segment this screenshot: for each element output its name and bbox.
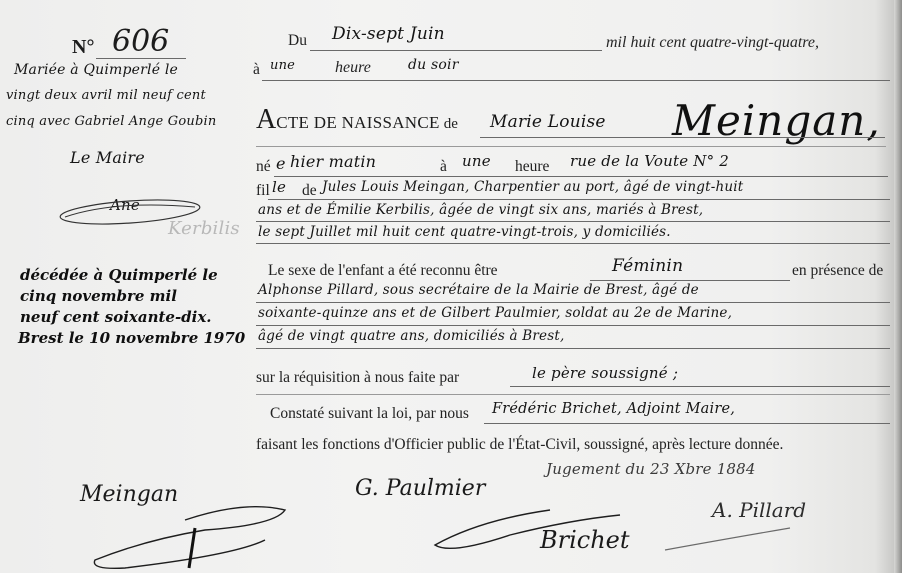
title-rule	[256, 146, 886, 147]
given-names: Marie Louise	[490, 112, 606, 132]
acte-title: ACTE DE NAISSANCE de	[256, 104, 458, 136]
de-label: de	[444, 116, 458, 132]
requisition-rule-2	[256, 394, 890, 395]
death-note-line: Brest le 10 novembre 1970	[18, 329, 245, 347]
constate-line	[484, 423, 890, 424]
nee-label: né	[256, 158, 271, 176]
heure-label-2: heure	[515, 158, 549, 176]
parents-rule-1	[268, 199, 890, 200]
requisition-value: le père soussigné ;	[532, 364, 678, 382]
jugement-note: Jugement du 23 Xbre 1884	[546, 460, 756, 478]
page-edge	[894, 0, 902, 573]
witness-line-1: Alphonse Pillard, sous secrétaire de la …	[258, 282, 699, 298]
a-label: à	[253, 61, 260, 79]
witness-rule-1	[256, 302, 890, 303]
witness-rule-3	[256, 348, 890, 349]
marriage-note-line: Mariée à Quimperlé le	[14, 62, 178, 78]
parents-rule-3	[256, 243, 890, 244]
constate-label: Constaté suivant la loi, par nous	[270, 405, 469, 423]
year-printed: mil huit cent quatre-vingt-quatre,	[606, 34, 819, 52]
witness-line-3: âgé de vingt quatre ans, domiciliés à Br…	[258, 328, 564, 344]
sex-value: Féminin	[612, 256, 683, 276]
presence-label: en présence de	[792, 262, 883, 280]
signature-officer: Brichet	[540, 526, 630, 554]
marriage-note-mayor: Le Maire	[70, 148, 145, 167]
pillard-signature-flourish	[660, 520, 800, 560]
fil-label: fil	[256, 182, 270, 200]
hour-handwritten: une	[270, 58, 295, 73]
parents-line-2: ans et de Émilie Kerbilis, âgée de vingt…	[258, 202, 703, 218]
name-line	[480, 137, 885, 138]
birth-time: hier matin	[290, 152, 376, 171]
death-note-line: cinq novembre mil	[20, 287, 177, 305]
death-note-line: décédée à Quimperlé le	[20, 266, 218, 284]
signature-pillard: A. Pillard	[712, 498, 806, 522]
hour-line	[262, 80, 890, 81]
parents-rule-2	[256, 221, 890, 222]
witness-rule-2	[256, 325, 890, 326]
death-note-line: neuf cent soixante-dix.	[20, 308, 212, 326]
sex-label: Le sexe de l'enfant a été reconnu être	[268, 262, 498, 280]
father-signature-flourish	[85, 500, 305, 573]
date-line	[310, 50, 602, 51]
de-label-2: de	[302, 182, 317, 200]
entry-number: 606	[112, 24, 169, 59]
a-label-2: à	[440, 158, 447, 176]
marriage-note-line: cinq avec Gabriel Ange Goubin	[6, 114, 216, 129]
period-handwritten: du soir	[408, 57, 459, 73]
birth-line	[274, 176, 888, 177]
witness-line-2: soixante-quinze ans et de Gilbert Paulmi…	[258, 305, 732, 321]
register-page: N° 606 Mariée à Quimperlé le vingt deux …	[0, 0, 902, 573]
closing-text: faisant les fonctions d'Officier public …	[256, 436, 783, 454]
heure-label: heure	[335, 59, 371, 77]
number-underline	[96, 58, 186, 59]
marriage-note-line: vingt deux avril mil neuf cent	[6, 88, 206, 103]
faint-margin-name: Kerbilis	[168, 218, 240, 239]
entry-number-label: N°	[72, 36, 94, 59]
acte-title-initial: A	[256, 104, 276, 135]
birth-place: rue de la Voute N° 2	[570, 152, 729, 170]
birth-hour: une	[462, 152, 491, 170]
acte-title-text: CTE DE NAISSANCE	[276, 113, 439, 132]
officer-name: Frédéric Brichet, Adjoint Maire,	[492, 401, 735, 417]
parents-line-3: le sept Juillet mil huit cent quatre-vin…	[258, 224, 671, 240]
du-label: Du	[288, 32, 307, 50]
requisition-label: sur la réquisition à nous faite par	[256, 369, 459, 387]
fil-suffix: le	[272, 178, 286, 196]
signature-paulmier: G. Paulmier	[355, 476, 485, 501]
parents-line-1: Jules Louis Meingan, Charpentier au port…	[322, 179, 743, 195]
nee-suffix: e	[276, 154, 286, 173]
requisition-line	[510, 386, 890, 387]
date-handwritten: Dix-sept Juin	[332, 24, 445, 44]
